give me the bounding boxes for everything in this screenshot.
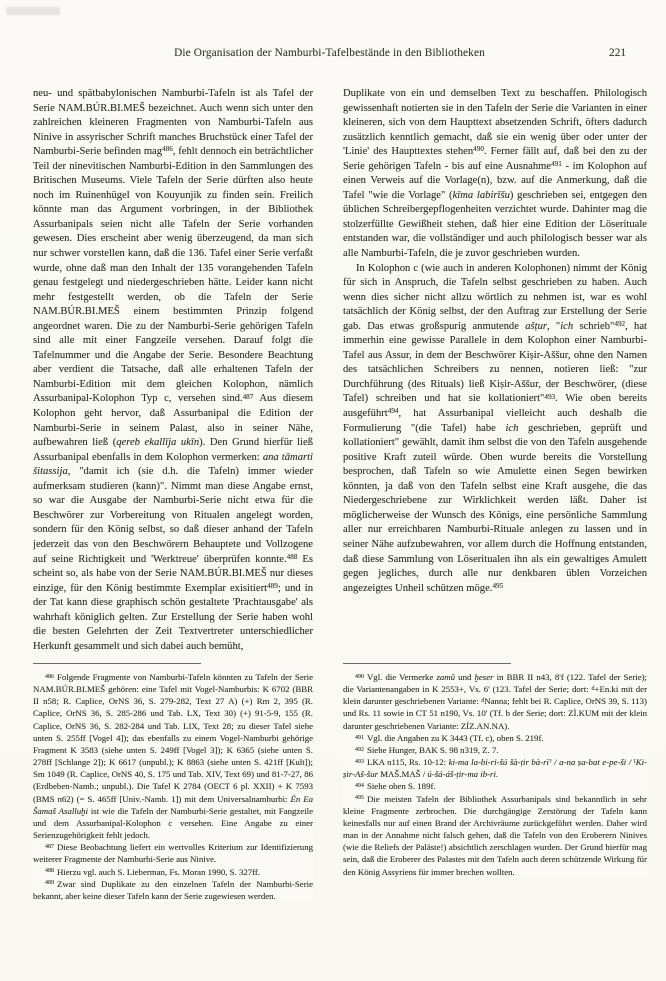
left-column: neu- und spätbabylonischen Namburbi-Tafe… — [33, 87, 313, 665]
footnote-number: 494 — [355, 783, 364, 789]
footnote: 492Siehe Hunger, BAK S. 98 n319, Z. 7. — [343, 744, 647, 756]
paragraph: neu- und spätbabylonischen Namburbi-Tafe… — [33, 87, 313, 654]
right-column: Duplikate von ein und demselben Text zu … — [343, 87, 647, 665]
footnote-separator — [33, 663, 201, 664]
footnote: 490Vgl. die Vermerke zamû und ḫeser in B… — [343, 671, 647, 732]
footnote-reference: 491 — [551, 160, 562, 168]
footnote-list: 490Vgl. die Vermerke zamû und ḫeser in B… — [343, 671, 647, 878]
paragraph: Duplikate von ein und demselben Text zu … — [343, 87, 647, 262]
footnote: 489Zwar sind Duplikate zu den einzelnen … — [33, 878, 313, 902]
footnote-number: 491 — [355, 735, 364, 741]
footnote: 493LKA n115, Rs. 10-12: ki-ma la-bi-ri-š… — [343, 756, 647, 780]
footnote-reference: 489 — [267, 582, 278, 590]
page-number: 221 — [609, 47, 626, 59]
footnote-number: 493 — [355, 759, 364, 765]
footnotes-left-block: 486Folgende Fragmente von Namburbi-Tafel… — [33, 659, 313, 902]
footnotes-right-block: 490Vgl. die Vermerke zamû und ḫeser in B… — [343, 659, 647, 878]
footnote-number: 488 — [45, 868, 54, 874]
footnote-reference: 494 — [388, 407, 399, 415]
footnote: 488Hierzu vgl. auch S. Lieberman, Fs. Mo… — [33, 866, 313, 878]
footnote-reference: 488 — [287, 553, 298, 561]
footnote: 494Siehe oben S. 189f. — [343, 780, 647, 792]
footnote-reference: 490 — [473, 145, 484, 153]
running-title: Die Organisation der Namburbi-Tafelbestä… — [33, 47, 626, 59]
paragraph: In Kolophon c (wie auch in anderen Kolop… — [343, 262, 647, 597]
running-header: Die Organisation der Namburbi-Tafelbestä… — [33, 47, 626, 63]
footnote-number: 490 — [355, 674, 364, 680]
text-body: neu- und spätbabylonischen Namburbi-Tafe… — [33, 87, 647, 665]
footnote-reference: ? — [549, 759, 552, 765]
footnote-separator — [343, 663, 511, 664]
footnote-number: 489 — [45, 880, 54, 886]
footnote: 495Die meisten Tafeln der Bibliothek Ass… — [343, 793, 647, 878]
footnote-reference: 486 — [162, 145, 173, 153]
footnote-reference: d — [481, 698, 484, 704]
footnote-number: 495 — [355, 795, 364, 801]
footnote-reference: d — [592, 686, 595, 692]
footnote-reference: I — [634, 759, 636, 765]
footnote-reference: 492 — [614, 320, 625, 328]
footnote-reference: 487 — [243, 393, 254, 401]
footnote-list: 486Folgende Fragmente von Namburbi-Tafel… — [33, 671, 313, 902]
footnote: 487Diese Beobachtung liefert ein wertvol… — [33, 841, 313, 865]
footnote: 486Folgende Fragmente von Namburbi-Tafel… — [33, 671, 313, 841]
footnote-number: 487 — [45, 844, 54, 850]
book-page-scan: Die Organisation der Namburbi-Tafelbestä… — [0, 0, 666, 981]
footnote-reference: 495 — [492, 582, 503, 590]
footnote-number: 486 — [45, 674, 54, 680]
footnote-number: 492 — [355, 747, 364, 753]
footnote-reference: 493 — [544, 393, 555, 401]
scan-artifact-watermark — [6, 7, 60, 15]
footnote: 491Vgl. die Angaben zu K 3443 (Tf. c), o… — [343, 732, 647, 744]
